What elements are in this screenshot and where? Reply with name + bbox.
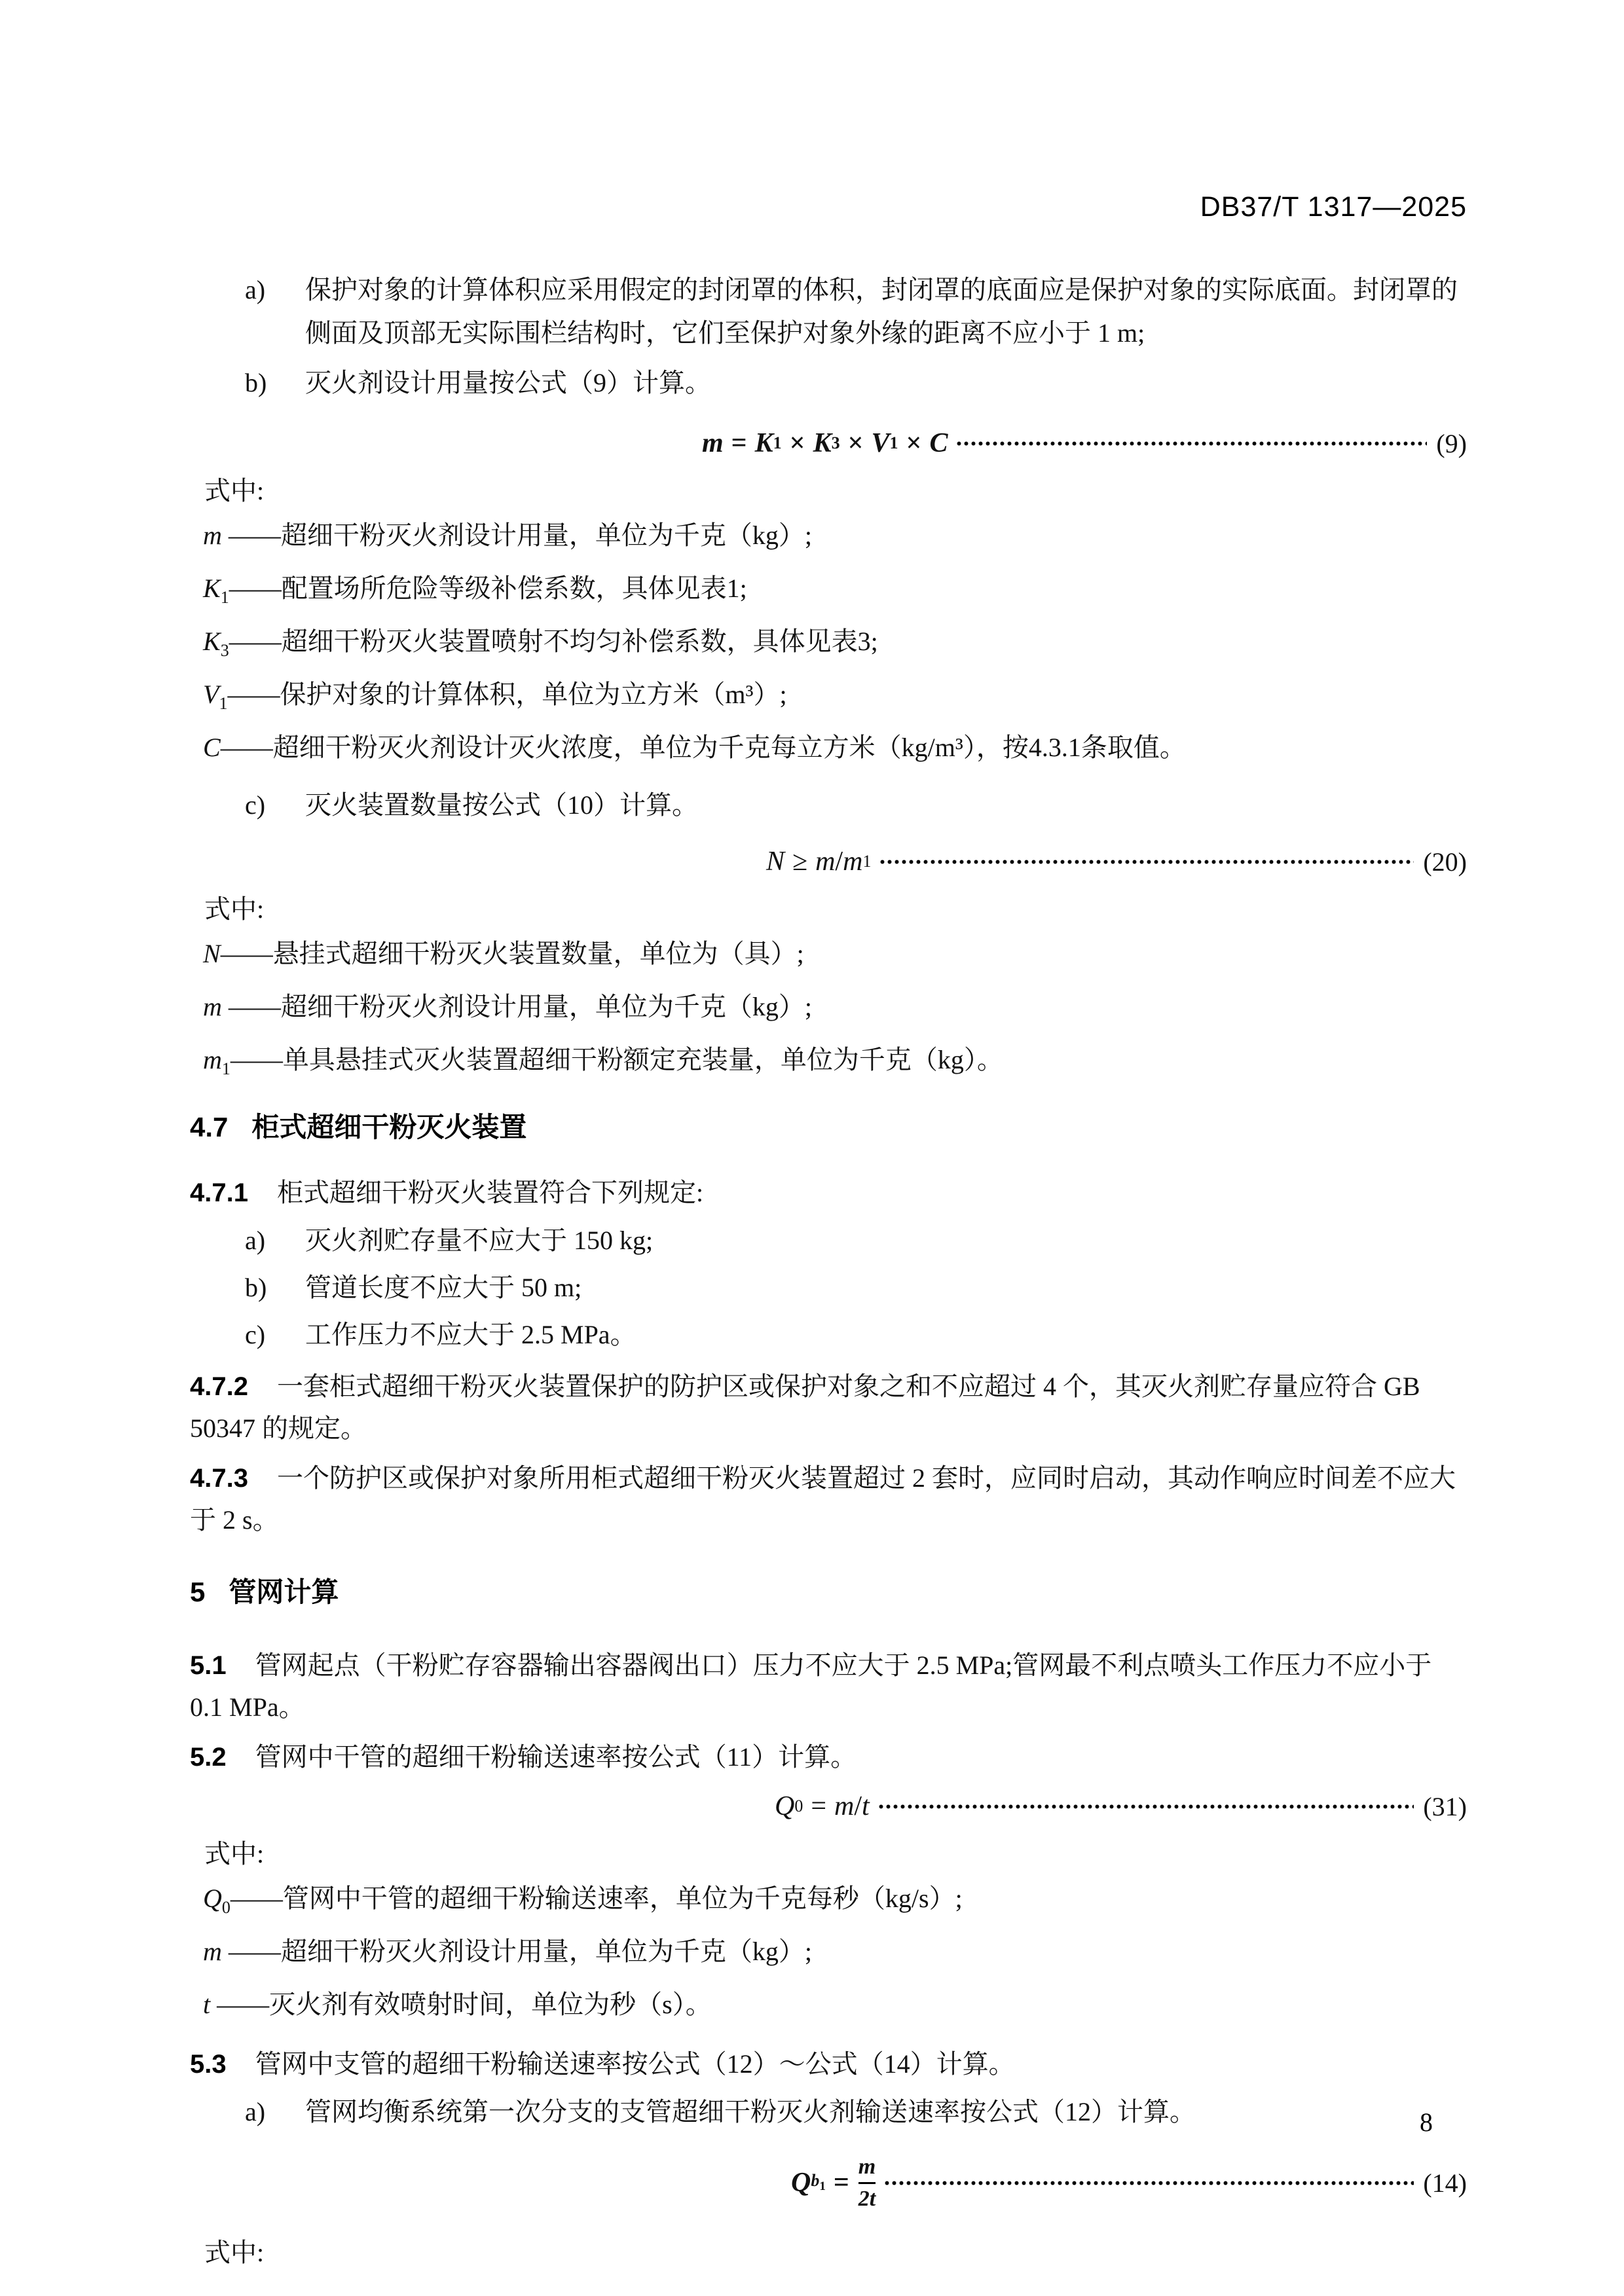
times-sign: ×	[906, 428, 922, 459]
times-sign: ×	[848, 428, 864, 459]
slash: /	[835, 846, 843, 877]
list-item-b: b) 管道长度不应大于 50 m;	[190, 1266, 1467, 1309]
subscript: 3	[832, 433, 840, 453]
definition-row: K3 ——超细干粉灭火装置喷射不均匀补偿系数，具体见表3;	[203, 621, 1467, 671]
formula-number: (20)	[1423, 847, 1467, 877]
definition-text: ——超细干粉灭火剂设计用量，单位为千克（kg）;	[222, 515, 812, 556]
variable-symbol: m	[203, 515, 222, 565]
formula-20-row: N ≥ m/m1 (20)	[190, 837, 1467, 886]
clause-text: 柜式超细干粉灭火装置符合下列规定:	[277, 1178, 703, 1207]
clause-text: 一套柜式超细干粉灭火装置保护的防护区或保护对象之和不应超过 4 个，其灭火剂贮存…	[190, 1372, 1420, 1443]
variable-symbol: m1	[203, 1040, 231, 1089]
definition-row: m ——超细干粉灭火剂设计用量，单位为千克（kg）;	[203, 515, 1467, 565]
formula-31: Q0 = m/t	[775, 1791, 870, 1822]
chapter-number: 5	[190, 1576, 205, 1607]
formula-20: N ≥ m/m1	[766, 846, 871, 877]
list-marker: c)	[245, 1313, 305, 1357]
chapter-heading-5: 5管网计算	[190, 1574, 1467, 1611]
fraction-bar	[858, 2182, 876, 2184]
var-m: m	[702, 428, 724, 459]
greater-equal-sign: ≥	[792, 846, 807, 877]
formula-number: (14)	[1423, 2168, 1467, 2198]
variable-symbol: K3	[203, 621, 229, 671]
list-item-a: a) 保护对象的计算体积应采用假定的封闭罩的体积，封闭罩的底面应是保护对象的实际…	[190, 268, 1467, 355]
where-label: 式中:	[204, 1833, 1467, 1875]
var-K1: K	[755, 428, 773, 459]
equals-sign: =	[834, 2167, 849, 2198]
clause-text: 管网中干管的超细干粉输送速率按公式（11）计算。	[255, 1742, 857, 1772]
formula-9-row: m = K1 × K3 × V1 × C (9)	[190, 419, 1467, 467]
list-item-b: b) 灭火剂设计用量按公式（9）计算。	[190, 361, 1467, 405]
variable-symbol: V1	[203, 674, 227, 724]
clause-number: 5.2	[190, 1743, 255, 1772]
list-item-text: 管道长度不应大于 50 m;	[305, 1266, 1467, 1309]
definition-text: ——保护对象的计算体积，单位为立方米（m³）;	[227, 674, 786, 715]
definition-text: ——单具悬挂式灭火装置超细干粉额定充装量，单位为千克（kg）。	[231, 1040, 1003, 1080]
list-marker: a)	[245, 1219, 305, 1262]
variable-symbol: t	[203, 1984, 210, 2034]
fraction-numerator: m	[858, 2156, 876, 2178]
definition-text: ——灭火剂有效喷射时间，单位为秒（s）。	[210, 1984, 712, 2025]
list-item-text: 保护对象的计算体积应采用假定的封闭罩的体积，封闭罩的底面应是保护对象的实际底面。…	[305, 268, 1467, 355]
subscript: 0	[794, 1796, 803, 1816]
definition-text: ——超细干粉灭火剂设计用量，单位为千克（kg）;	[222, 987, 812, 1027]
clause-text: 管网中支管的超细干粉输送速率按公式（12）～公式（14）计算。	[255, 2049, 1015, 2079]
section-number: 4.7	[190, 1112, 228, 1142]
definition-row: Q0 ——管网中干管的超细干粉输送速率，单位为千克每秒（kg/s）;	[203, 1878, 1467, 1928]
list-marker: b)	[245, 1266, 305, 1309]
fraction-denominator: 2t	[858, 2188, 876, 2210]
list-item-text: 工作压力不应大于 2.5 MPa。	[305, 1313, 1467, 1357]
clause-5-2: 5.2管网中干管的超细干粉输送速率按公式（11）计算。	[190, 1736, 1467, 1778]
list-item-text: 灭火剂设计用量按公式（9）计算。	[305, 361, 1467, 405]
definition-row: t ——灭火剂有效喷射时间，单位为秒（s）。	[203, 1984, 1467, 2034]
clause-5-3: 5.3管网中支管的超细干粉输送速率按公式（12）～公式（14）计算。	[190, 2043, 1467, 2085]
clause-number: 4.7.1	[190, 1178, 277, 1207]
where-label: 式中:	[204, 888, 1467, 930]
var-Q0: Q	[775, 1791, 794, 1822]
standard-number: DB37/T 1317—2025	[1200, 191, 1467, 223]
list-item-a: a) 灭火剂贮存量不应大于 150 kg;	[190, 1219, 1467, 1262]
variable-symbol: Q0	[203, 1878, 231, 1928]
definition-row: N ——悬挂式超细干粉灭火装置数量，单位为（具）;	[203, 934, 1467, 983]
clause-4-7-3: 4.7.3一个防护区或保护对象所用柜式超细干粉灭火装置超过 2 套时，应同时启动…	[190, 1457, 1467, 1541]
var-m1: m	[843, 846, 862, 877]
where-label: 式中:	[204, 2232, 1467, 2274]
list-marker: b)	[245, 361, 305, 405]
variable-symbol: K1	[203, 568, 229, 618]
where-label: 式中:	[204, 470, 1467, 512]
formula-14: Qb1 = m 2t	[791, 2156, 876, 2210]
dot-leader	[885, 2181, 1414, 2185]
fraction: m 2t	[858, 2156, 876, 2210]
clause-5-1: 5.1管网起点（干粉贮存容器输出容器阀出口）压力不应大于 2.5 MPa;管网最…	[190, 1645, 1467, 1728]
list-item-text: 管网均衡系统第一次分支的支管超细干粉灭火剂输送速率按公式（12）计算。	[305, 2090, 1467, 2134]
definition-row: V1 ——保护对象的计算体积，单位为立方米（m³）;	[203, 674, 1467, 724]
clause-text: 管网起点（干粉贮存容器输出容器阀出口）压力不应大于 2.5 MPa;管网最不利点…	[190, 1650, 1431, 1722]
var-m: m	[834, 1791, 854, 1822]
clause-number: 5.1	[190, 1651, 255, 1680]
variable-symbol: N	[203, 934, 221, 983]
section-heading-4-7: 4.7柜式超细干粉灭火装置	[190, 1109, 1467, 1146]
var-m: m	[815, 846, 835, 877]
document-page: DB37/T 1317—2025 a) 保护对象的计算体积应采用假定的封闭罩的体…	[0, 0, 1624, 2296]
list-item-text: 灭火剂贮存量不应大于 150 kg;	[305, 1219, 1467, 1262]
list-item-c: c) 工作压力不应大于 2.5 MPa。	[190, 1313, 1467, 1357]
clause-number: 5.3	[190, 2050, 255, 2079]
subscript: b1	[811, 2171, 826, 2194]
variable-symbol: m	[203, 987, 222, 1036]
variable-symbol: C	[203, 727, 221, 777]
dot-leader	[880, 860, 1414, 864]
var-C: C	[929, 428, 948, 459]
clause-text: 一个防护区或保护对象所用柜式超细干粉灭火装置超过 2 套时，应同时启动，其动作响…	[190, 1463, 1456, 1535]
list-marker: c)	[245, 784, 305, 827]
equals-sign: =	[811, 1791, 826, 1822]
definition-row: m ——超细干粉灭火剂设计用量，单位为千克（kg）;	[203, 987, 1467, 1036]
var-N: N	[766, 846, 784, 877]
formula-9: m = K1 × K3 × V1 × C	[702, 428, 948, 459]
list-item-c: c) 灭火装置数量按公式（10）计算。	[190, 784, 1467, 827]
definition-text: ——超细干粉灭火剂设计灭火浓度，单位为千克每立方米（kg/m³），按4.3.1条…	[221, 727, 1186, 768]
var-V1: V	[872, 428, 890, 459]
list-item-a: a) 管网均衡系统第一次分支的支管超细干粉灭火剂输送速率按公式（12）计算。	[190, 2090, 1467, 2134]
equals-sign: =	[731, 428, 747, 459]
formula-31-row: Q0 = m/t (31)	[190, 1782, 1467, 1831]
section-title: 柜式超细干粉灭火装置	[251, 1112, 526, 1142]
definition-text: ——超细干粉灭火剂设计用量，单位为千克（kg）;	[222, 1931, 812, 1972]
definition-text: ——配置场所危险等级补偿系数，具体见表1;	[229, 568, 747, 609]
variable-symbol: m	[203, 1931, 222, 1981]
clause-number: 4.7.3	[190, 1464, 277, 1493]
clause-number: 4.7.2	[190, 1372, 277, 1401]
dot-leader	[957, 441, 1427, 446]
list-item-text: 灭火装置数量按公式（10）计算。	[305, 784, 1467, 827]
times-sign: ×	[790, 428, 805, 459]
definition-text: ——悬挂式超细干粉灭火装置数量，单位为（具）;	[221, 934, 804, 974]
subscript: 1	[890, 433, 898, 453]
definition-text: ——管网中干管的超细干粉输送速率，单位为千克每秒（kg/s）;	[231, 1878, 963, 1919]
definition-row: K1 ——配置场所危险等级补偿系数，具体见表1;	[203, 568, 1467, 618]
list-marker: a)	[245, 2090, 305, 2134]
list-marker: a)	[245, 268, 305, 355]
var-t: t	[862, 1791, 870, 1822]
definition-row: m1 ——单具悬挂式灭火装置超细干粉额定充装量，单位为千克（kg）。	[203, 1040, 1467, 1089]
subscript: 1	[773, 433, 782, 453]
slash: /	[854, 1791, 862, 1822]
dot-leader	[879, 1804, 1414, 1809]
subscript: 1	[862, 852, 871, 871]
clause-4-7-1: 4.7.1柜式超细干粉灭火装置符合下列规定:	[190, 1172, 1467, 1214]
formula-14-row: Qb1 = m 2t (14)	[190, 2140, 1467, 2225]
definition-row: m ——超细干粉灭火剂设计用量，单位为千克（kg）;	[203, 1931, 1467, 1981]
var-K3: K	[813, 428, 832, 459]
page-number: 8	[1420, 2107, 1433, 2138]
chapter-title: 管网计算	[229, 1576, 339, 1607]
clause-4-7-2: 4.7.2一套柜式超细干粉灭火装置保护的防护区或保护对象之和不应超过 4 个，其…	[190, 1366, 1467, 1449]
formula-number: (31)	[1423, 1791, 1467, 1822]
definition-row: C ——超细干粉灭火剂设计灭火浓度，单位为千克每立方米（kg/m³），按4.3.…	[203, 727, 1467, 777]
formula-number: (9)	[1436, 428, 1467, 459]
definition-text: ——超细干粉灭火装置喷射不均匀补偿系数，具体见表3;	[229, 621, 878, 662]
page-header: DB37/T 1317—2025	[190, 191, 1467, 229]
var-Qb1: Q	[791, 2167, 811, 2198]
